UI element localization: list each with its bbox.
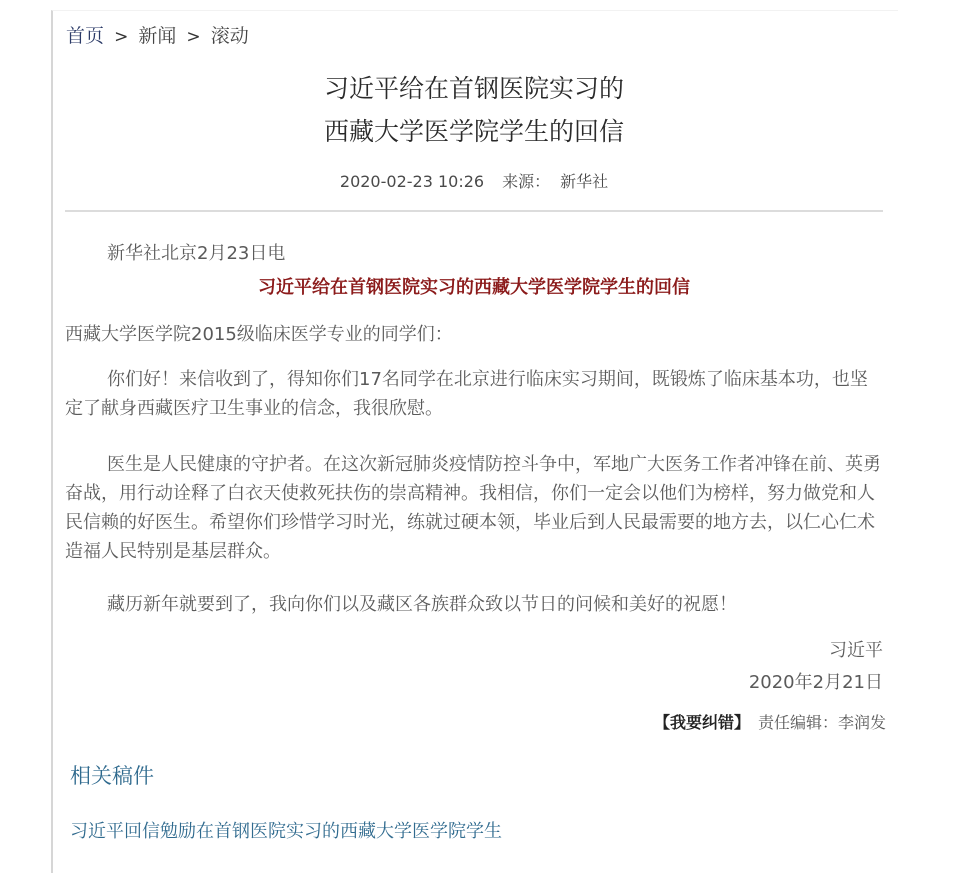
breadcrumb-news[interactable]: 新闻 <box>138 25 176 47</box>
breadcrumb-scroll[interactable]: 滚动 <box>211 25 249 47</box>
breadcrumb-separator: > <box>186 27 200 47</box>
article-title-line1: 习近平给在首钢医院实习的 <box>65 67 883 110</box>
article-title-line2: 西藏大学医学院学生的回信 <box>65 110 883 153</box>
editor-label: 责任编辑： <box>758 713 838 732</box>
publish-datetime: 2020-02-23 10:26 <box>340 172 484 191</box>
article-footer: 【我要纠错】责任编辑：李润发 <box>654 711 886 735</box>
signature-name: 习近平 <box>829 636 883 665</box>
related-articles-title: 相关稿件 <box>70 761 154 791</box>
related-article-link[interactable]: 习近平回信勉励在首钢医院实习的西藏大学医学院学生 <box>70 819 502 845</box>
letter-heading: 习近平给在首钢医院实习的西藏大学医学院学生的回信 <box>65 273 883 302</box>
dateline: 新华社北京2月23日电 <box>107 239 285 268</box>
article-meta: 2020-02-23 10:26来源：新华社 <box>65 171 883 193</box>
breadcrumb: 首页 > 新闻 > 滚动 <box>66 23 249 50</box>
breadcrumb-separator: > <box>114 27 128 47</box>
title-divider <box>65 210 883 212</box>
letter-paragraph: 藏历新年就要到了，我向你们以及藏区各族群众致以节日的问候和美好的祝愿！ <box>65 590 883 619</box>
signature-date: 2020年2月21日 <box>749 668 883 697</box>
report-error-link[interactable]: 【我要纠错】 <box>654 713 750 732</box>
breadcrumb-home-link[interactable]: 首页 <box>66 25 104 47</box>
article-page: 首页 > 新闻 > 滚动 习近平给在首钢医院实习的 西藏大学医学院学生的回信 2… <box>51 10 898 873</box>
source-label: 来源： <box>502 172 550 191</box>
letter-paragraph: 你们好！来信收到了，得知你们17名同学在北京进行临床实习期间，既锻炼了临床基本功… <box>65 365 883 423</box>
source-name: 新华社 <box>560 172 608 191</box>
letter-paragraph: 医生是人民健康的守护者。在这次新冠肺炎疫情防控斗争中，军地广大医务工作者冲锋在前… <box>65 450 883 566</box>
article-title: 习近平给在首钢医院实习的 西藏大学医学院学生的回信 <box>65 67 883 153</box>
letter-salutation: 西藏大学医学院2015级临床医学专业的同学们： <box>65 320 453 349</box>
editor-name: 李润发 <box>838 713 886 732</box>
